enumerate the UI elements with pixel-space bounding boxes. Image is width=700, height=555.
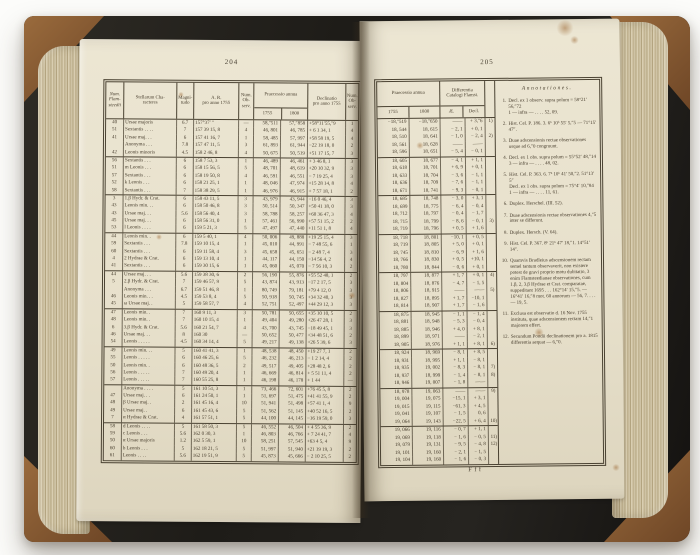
cell-precession-1800: 19, 143 [412, 418, 443, 426]
annotation-text: Duplex. Herschel. (III. 52). [509, 202, 562, 209]
cell-magnitude: 7 [176, 127, 193, 135]
annotation-number: 5. [499, 173, 507, 197]
annotation-item: 4. Decl. ex 1 obs. supra polum = 55°52′ … [499, 155, 597, 168]
cell-num-observations-2: 2 [344, 273, 357, 280]
cell-num-observations-2: 2 [343, 363, 356, 370]
cell-num-observations-2: 3 [343, 416, 356, 423]
cell-magnitude: 5.6 [174, 453, 191, 461]
cell-diff-ar: − 9, 3 [440, 187, 465, 195]
cell-flamsteed-number: 55 [104, 354, 121, 362]
cell-right-ascension: 159 5 21, 3 [192, 225, 237, 233]
header-declinatio: Declinatio pro anno 1755 [307, 84, 345, 120]
annotation-text: Quamvis Bradleius adscensionem rectam se… [510, 258, 598, 307]
cell-num-observations: 5 [237, 294, 252, 301]
cell-num-observations: 3 [237, 310, 252, 317]
annotation-number: 10. [500, 259, 509, 307]
cell-precession-1800: 18, 976 [411, 341, 442, 349]
cell-num-observations-2: 2 [345, 188, 358, 195]
cell-precession-1755: 18, 596 [378, 149, 409, 157]
cell-magnitude: 7 [174, 377, 191, 385]
cell-declination: −16 19 59, 0 [305, 416, 343, 424]
cell-precession-1755: 46, 198 [251, 378, 278, 386]
cell-magnitude: 6 [175, 256, 192, 264]
cell-magnitude: 5.6 [174, 431, 191, 439]
cell-precession-1800: 18, 796 [410, 226, 441, 234]
cell-flamsteed-number: 59 [104, 430, 121, 438]
cell-flamsteed-number: 43 [105, 202, 122, 210]
cell-annotation-ref [485, 171, 496, 179]
cell-magnitude: 6.7 [176, 120, 193, 128]
cell-precession-1800: 49, 138 [279, 340, 306, 348]
annotation-number: 11. [501, 312, 509, 330]
cell-flamsteed-number: 60 [104, 445, 121, 453]
cell-magnitude: 1.2 [174, 438, 191, 446]
cell-num-observations-2: 3 [345, 174, 358, 181]
cell-magnitude: 6 [175, 263, 192, 271]
header-differentia: Differentia Catalogi Flamst. Æ. Decl. [439, 81, 484, 117]
precession-table-row: 18, 946 19, 007 − 1, 8 —— [380, 379, 497, 388]
cell-declination: + 7 57 18, 1 [307, 188, 345, 196]
precession-table-row: 18, 905 18, 976 + 1, 1 + 8, 1 6) [380, 340, 497, 349]
cell-flamsteed-number: 48 [104, 400, 121, 408]
cell-flamsteed-number: 42 [106, 149, 123, 157]
cell-num-observations-2: 9 [343, 439, 356, 446]
cell-num-observations-2: 3 [344, 204, 357, 211]
cell-num-observations: 3 [237, 203, 252, 210]
cell-num-observations: 2 [237, 272, 252, 279]
cell-annotation-ref: 9) [487, 387, 498, 395]
cell-num-observations-2: 3 [344, 280, 357, 287]
header-year-1755-right: 1755 [377, 107, 408, 118]
cell-annotation-ref [485, 164, 496, 172]
cell-annotation-ref: 8) [487, 371, 498, 379]
header-year-1800: 1800 [281, 108, 308, 119]
annotations-title: Annotationes. [498, 85, 596, 93]
cell-flamsteed-number: 44 [105, 233, 122, 241]
cell-num-observations: 5 [236, 446, 251, 453]
cell-right-ascension: 159 58 57, 7 [192, 301, 237, 309]
cell-flamsteed-number: 4 [105, 255, 122, 263]
cell-flamsteed-number [106, 141, 123, 149]
cell-flamsteed-number: 47 [105, 309, 122, 317]
cell-precession-1800: 47, 440 [279, 226, 306, 234]
cell-annotation-ref [488, 448, 499, 456]
cell-star-name: Sextantis . . . [123, 187, 176, 195]
cell-declination: +26 5 39, 6 [306, 340, 344, 348]
cell-num-observations-2: 2 [343, 387, 356, 394]
annotation-item: 6. Duplex. Herschel. (III. 52). [499, 201, 597, 208]
cell-flamsteed-number: 5 [105, 278, 122, 286]
cell-num-observations-2: 3 [344, 325, 357, 332]
cell-num-observations-2: 3 [345, 150, 358, 157]
header-stellarum-characteres: Stellarum Cha- racteres [123, 82, 176, 118]
cell-magnitude: 7 [175, 279, 192, 287]
cell-flamsteed-number: 41 [106, 134, 123, 142]
cell-precession-1755: 50, 675 [253, 150, 280, 158]
cell-num-observations: 5 [237, 339, 252, 346]
cell-num-observations: 3 [237, 211, 252, 218]
cell-precession-1800: 52, 497 [279, 302, 306, 310]
cell-num-observations: 4 [237, 301, 252, 308]
cell-annotation-ref [485, 179, 496, 187]
cell-precession-1800: 19, 160 [412, 457, 443, 465]
cell-magnitude: 6.7 [175, 286, 192, 294]
annotation-text: Secundum Pondii declinationem pro a. 181… [511, 334, 599, 347]
cell-num-observations-2: 1 [344, 242, 357, 249]
cell-flamsteed-number: 52 [106, 179, 123, 187]
cell-num-observations: 4 [238, 173, 253, 180]
cell-num-observations: 1 [236, 348, 251, 355]
cell-num-observations: 3 [237, 249, 252, 256]
cell-diff-decl: + 1, 6 [466, 225, 486, 233]
cell-num-observations-2: 3 [344, 250, 357, 257]
cell-magnitude: 5.6 [175, 271, 192, 279]
cell-precession-1800: 45, 666 [278, 454, 305, 462]
cell-precession-1800: 44, 145 [278, 416, 305, 424]
cell-magnitude: 4 [174, 415, 191, 423]
annotation-text: Exclusa est observatio d. 16 Nov. 1755 i… [511, 311, 599, 330]
cell-diff-decl: − 1, 6 [466, 302, 486, 310]
cell-precession-1755: 45, 060 [252, 264, 279, 272]
cell-annotation-ref [485, 156, 496, 164]
cell-num-observations-2: 2 [344, 264, 357, 271]
right-star-table: Praecessio annua 1755 1800 Differentia C… [376, 79, 604, 466]
cell-magnitude: 7.8 [176, 142, 193, 150]
cell-flamsteed-number: 45 [105, 217, 122, 225]
annotation-number: 2. [499, 122, 507, 134]
cell-star-name: α Hydrae & Crat. [121, 415, 174, 423]
header-num-observ: Num. Ob- serv. [238, 83, 253, 119]
cell-diff-decl: + 8, 1 [467, 341, 487, 349]
cell-num-observations-2: 3 [345, 159, 358, 166]
cell-precession-1755: 19, 064 [381, 418, 412, 426]
cell-magnitude: 6 [176, 165, 193, 173]
cell-flamsteed-number: 57 [106, 172, 123, 180]
cell-flamsteed-number: 51 [106, 165, 123, 173]
annotation-item: 5. Hist. Cel. P. 363. 6. 7ʰ 10ʰ 41′ 50,″… [499, 172, 597, 197]
cell-annotation-ref [487, 356, 498, 364]
left-page: 204 Num. Flam- steedii Stellarum Cha- ra… [76, 39, 363, 523]
cell-declination: + 1 44 [305, 378, 343, 386]
cell-precession-1755: 46, 976 [253, 188, 280, 196]
cell-magnitude: 2 [174, 400, 191, 408]
cell-annotation-ref [486, 248, 497, 256]
cell-num-observations: 1 [238, 158, 253, 165]
cell-num-observations: 1 [237, 218, 252, 225]
page-number-right: 205 [376, 57, 598, 67]
cell-flamsteed-number [105, 286, 122, 294]
cell-flamsteed-number: 60 [105, 248, 122, 256]
cell-num-observations-2: 3 [345, 197, 358, 204]
star-table-row: 61 Leonis . . . . 5.6 162 19 51, 9 5 45,… [104, 452, 356, 461]
cell-num-observations: — [238, 120, 253, 127]
cell-annotation-ref [486, 233, 497, 241]
cell-num-observations-2: 2 [344, 311, 357, 318]
cell-num-observations-2: 3 [344, 302, 357, 309]
cell-right-ascension: 160 34 14, 4 [192, 339, 237, 347]
cell-magnitude: 6 [174, 355, 191, 363]
cell-annotation-ref [487, 395, 498, 403]
header-magnitudo: Magni- tudo [176, 83, 193, 119]
annotation-item: 8. Duplex. Hersch. (V. 64). [500, 230, 598, 237]
cell-annotation-ref: 10) [488, 417, 499, 425]
cell-diff-decl: + 6, 4 [468, 418, 488, 426]
header-differentia-subcols: Æ. Decl. [440, 105, 484, 117]
cell-diff-ar: − 5, 4 [440, 148, 465, 156]
annotation-number: 7. [500, 213, 508, 225]
cell-diff-decl: —— [467, 379, 487, 387]
annotation-text: Hist. Cel. P. 186. 3. 6ʰ 10ʰ 55′ 5,″5 — … [509, 121, 597, 134]
cell-magnitude: 5 [175, 301, 192, 309]
precession-table-row: 18, 719 18, 796 + 0, 5 + 1, 6 [379, 225, 496, 234]
cell-num-observations-2: 4 [345, 136, 358, 143]
cell-flamsteed-number: 56 [104, 369, 121, 377]
annotation-text: Duae adscensionis rectae observationes 4… [510, 212, 598, 225]
annotation-item: 9. Hist. Cel. P. 367. 8ʰ 21ʰ 47′ 18,″1. … [500, 241, 598, 254]
right-table-numeric-section: Praecessio annua 1755 1800 Differentia C… [377, 81, 499, 465]
page-number-left: 204 [106, 57, 358, 67]
cell-magnitude: 5.6 [175, 210, 192, 218]
header-diff-decl: Decl. [462, 106, 484, 117]
cell-num-observations-2: 3 [344, 340, 357, 347]
cell-num-observations: 1 [237, 256, 252, 263]
cell-num-observations: 1 [236, 377, 251, 384]
cell-diff-ar: + 1, 1 [442, 341, 467, 349]
cell-precession-1755: 19, 104 [381, 457, 412, 465]
cell-magnitude: 7 [175, 309, 192, 317]
left-table-body: 40 Ursae majoris 6.7 157°37′ ″ — 58,″511… [104, 119, 358, 461]
cell-precession-1755: 47, 497 [252, 226, 279, 234]
cell-flamsteed-number: 58 [106, 187, 123, 195]
header-praecessio-years: 1755 1800 [254, 107, 307, 119]
cell-annotation-ref [486, 302, 497, 310]
cell-diff-ar: + 0, 5 [441, 225, 466, 233]
cell-annotation-ref [485, 140, 496, 148]
cell-magnitude: 5 [174, 423, 191, 431]
cell-num-observations: 5 [236, 355, 251, 362]
cell-diff-decl: + 0, 1 [466, 264, 486, 272]
cell-num-observations: 1 [237, 264, 252, 271]
cell-precession-1755: 45, 873 [251, 453, 278, 461]
cell-num-observations: 2 [236, 363, 251, 370]
cell-precession-1755: 18, 671 [378, 187, 409, 195]
cell-num-observations-2: — [343, 378, 356, 385]
cell-star-name: ω Ursae maj. . [122, 301, 175, 309]
cell-num-observations: 4 [237, 325, 252, 332]
cell-num-observations: 5 [236, 453, 251, 460]
cell-precession-1755: 49, 217 [252, 340, 279, 348]
precession-table-row: 18, 814 18, 907 + 1, 7 − 1, 6 [379, 302, 496, 311]
cell-annotation-ref: 11) [488, 433, 499, 441]
cell-annotation-ref [486, 279, 497, 287]
cell-flamsteed-number: 56 [106, 157, 123, 165]
cell-flamsteed-number: 49 [104, 347, 121, 355]
cell-num-observations: 5 [236, 424, 251, 431]
cell-magnitude: 6 [176, 172, 193, 180]
cell-diff-decl: − 0, 1 [465, 148, 485, 156]
cell-num-observations-2: 3 [345, 166, 358, 173]
annotation-number: 8. [500, 230, 508, 236]
cell-flamsteed-number: 3 [106, 195, 123, 203]
cell-num-observations: 5 [237, 226, 252, 233]
cell-num-observations-2: 2 [343, 394, 356, 401]
cell-flamsteed-number: 6 [105, 324, 122, 332]
annotation-number: 4. [499, 156, 507, 168]
cell-star-name: Sextantis . . . [122, 263, 175, 271]
cell-magnitude: 5 [174, 445, 191, 453]
cell-flamsteed-number: 57 [104, 376, 121, 384]
cell-num-observations-2: 2 [343, 371, 356, 378]
cell-magnitude: 6 [176, 134, 193, 142]
header-differentia-title: Differentia Catalogi Flamst. [440, 81, 484, 105]
cell-precession-1800: 45, 070 [279, 264, 306, 272]
cell-annotation-ref: 4) [486, 272, 497, 280]
cell-star-name: Leonis . . . . . [121, 377, 174, 385]
cell-annotation-ref [485, 186, 496, 194]
cell-magnitude: 6 [174, 393, 191, 401]
annotations-list: 1. Decl. ex 1 observ. supra polum = 58°2… [498, 97, 599, 347]
header-num-observ-2: Num. Ob- serv. [345, 84, 358, 120]
precession-table-row: 18, 596 18, 651 − 5, 4 − 0, 1 [378, 148, 495, 157]
cell-annotation-ref [488, 426, 499, 434]
cell-num-observations: 10 [236, 439, 251, 446]
cell-precession-1800: 18, 907 [410, 303, 441, 311]
cell-annotation-ref [487, 310, 498, 318]
cell-num-observations: 1 [236, 370, 251, 377]
cell-annotation-ref [485, 148, 496, 156]
cell-magnitude: 6 [175, 248, 192, 256]
cell-num-observations-2: 2 [344, 219, 357, 226]
cell-num-observations-2: 2 [343, 356, 356, 363]
cell-annotation-ref [486, 225, 497, 233]
cell-declination: +51 17 15, 7 [307, 150, 345, 158]
annotation-number: 1. [498, 98, 506, 116]
cell-num-observations: 3 [238, 142, 253, 149]
cell-num-observations-2: 3 [344, 318, 357, 325]
cell-annotation-ref [485, 195, 496, 203]
cell-declination: − 7 56 10, 3 [306, 264, 344, 272]
annotation-number: 12. [501, 335, 509, 347]
cell-num-observations: 5 [236, 408, 251, 415]
cell-diff-ar: −22, 5 [443, 418, 468, 426]
cell-num-observations-2: 2 [343, 424, 356, 431]
cell-num-observations: 1 [238, 188, 253, 195]
cell-num-observations-2: 3 [344, 295, 357, 302]
cell-flamsteed-number: 61 [104, 452, 121, 460]
precession-table-row: 18, 671 18, 741 − 9, 3 − 0, 1 [378, 186, 495, 195]
left-table-header: Num. Flam- steedii Stellarum Cha- racter… [106, 82, 358, 121]
cell-precession-1755: 44, 100 [251, 415, 278, 423]
book-photograph: 204 Num. Flam- steedii Stellarum Cha- ra… [0, 0, 700, 555]
cell-annotation-ref [487, 318, 498, 326]
cell-magnitude: 6 [175, 203, 192, 211]
cell-magnitude: 6 [175, 218, 192, 226]
cell-magnitude: 6 [174, 408, 191, 416]
annotation-item: 1. Decl. ex 1 observ. supra polum = 58°2… [498, 97, 596, 116]
cell-right-ascension: 162 19 51, 9 [191, 453, 236, 461]
cell-num-observations: 5 [237, 279, 252, 286]
right-page: 205 Praecessio annua 1755 1800 Different… [359, 19, 624, 502]
cell-flamsteed-number: 50 [104, 438, 121, 446]
cell-precession-1800: 50, 519 [280, 150, 307, 158]
cell-annotation-ref [487, 379, 498, 387]
cell-num-observations-2: 9 [343, 401, 356, 408]
cell-star-name: Leonis minoris [123, 149, 176, 157]
cell-num-observations-2: 1 [345, 121, 358, 128]
cell-precession-1800: 18, 651 [409, 149, 440, 157]
cell-flamsteed-number: 59 [105, 240, 122, 248]
cell-num-observations-2: 3 [344, 235, 357, 242]
cell-annotation-ref: 3) [486, 217, 497, 225]
cell-flamsteed-number: 58 [104, 423, 121, 431]
cell-num-observations: — [237, 332, 252, 339]
cell-precession-1755: 18, 905 [380, 341, 411, 349]
cell-num-observations-2: 2 [345, 143, 358, 150]
cell-num-observations: 10 [236, 401, 251, 408]
cell-annotation-ref: 1) [485, 118, 496, 126]
cell-magnitude: 7 [175, 317, 192, 325]
cell-precession-1755: 52, 751 [252, 302, 279, 310]
cell-flamsteed-number: 46 [105, 293, 122, 301]
cell-magnitude: 5 [174, 347, 191, 355]
precession-table-row: 19, 104 19, 160 − 1, 6 − 0, 3 [381, 456, 498, 465]
cell-annotation-ref [485, 202, 496, 210]
cell-flamsteed-number: 41 [105, 263, 122, 271]
cell-precession-1755: 18, 780 [379, 264, 410, 272]
cell-num-observations-2: 2 [343, 349, 356, 356]
cell-num-observations: 5 [236, 415, 251, 422]
right-table-header: Praecessio annua 1755 1800 Differentia C… [377, 81, 494, 119]
cell-precession-1800: 18, 741 [409, 187, 440, 195]
cell-flamsteed-number: 48 [105, 316, 122, 324]
cell-precession-1800: 18, 844 [410, 264, 441, 272]
cell-num-observations-2: 4 [345, 128, 358, 135]
cell-num-observations: 1 [236, 393, 251, 400]
cell-magnitude: 6 [175, 225, 192, 233]
cell-flamsteed-number: 53 [105, 225, 122, 233]
cell-annotation-ref: 12) [488, 441, 499, 449]
header-year-1755: 1755 [254, 108, 281, 119]
cell-diff-ar: − 1, 8 [442, 379, 467, 387]
cell-annotation-ref [485, 210, 496, 218]
cell-annotation-ref [486, 294, 497, 302]
cell-magnitude: 6 [176, 180, 193, 188]
cell-magnitude: 7 [174, 370, 191, 378]
cell-precession-1800: 19, 007 [411, 380, 442, 388]
cell-flamsteed-number: 50 [104, 362, 121, 370]
signature-mark: Fff [468, 466, 483, 473]
cell-annotation-ref [487, 402, 498, 410]
cell-right-ascension: 158 2 46, 8 [193, 149, 238, 157]
cell-num-observations-2: 2 [343, 447, 356, 454]
cell-flamsteed-number: 45 [105, 301, 122, 309]
annotation-text: Decl. ex 1 observ. supra polum = 58°21′ … [508, 97, 596, 116]
cell-flamsteed-number: 54 [105, 339, 122, 347]
header-ref-column [484, 81, 495, 117]
cell-declination: +44 29 12, 3 [306, 302, 344, 310]
cell-precession-1800: 46, 915 [280, 188, 307, 196]
header-year-1800-right: 1800 [408, 107, 439, 118]
cell-flamsteed-number: 47 [104, 392, 121, 400]
cell-right-ascension: 160 55 25, 8 [191, 377, 236, 385]
annotation-number: 3. [499, 139, 507, 151]
cell-num-observations: 1 [237, 287, 252, 294]
cell-num-observations-2: 2 [343, 409, 356, 416]
annotations-section: Annotationes. 1. Decl. ex 1 observ. supr… [495, 80, 603, 464]
header-ar: A. R. pro anno 1755 [193, 83, 238, 119]
cell-annotation-ref: 2) [485, 133, 496, 141]
cell-num-observations-2: 2 [343, 454, 356, 461]
